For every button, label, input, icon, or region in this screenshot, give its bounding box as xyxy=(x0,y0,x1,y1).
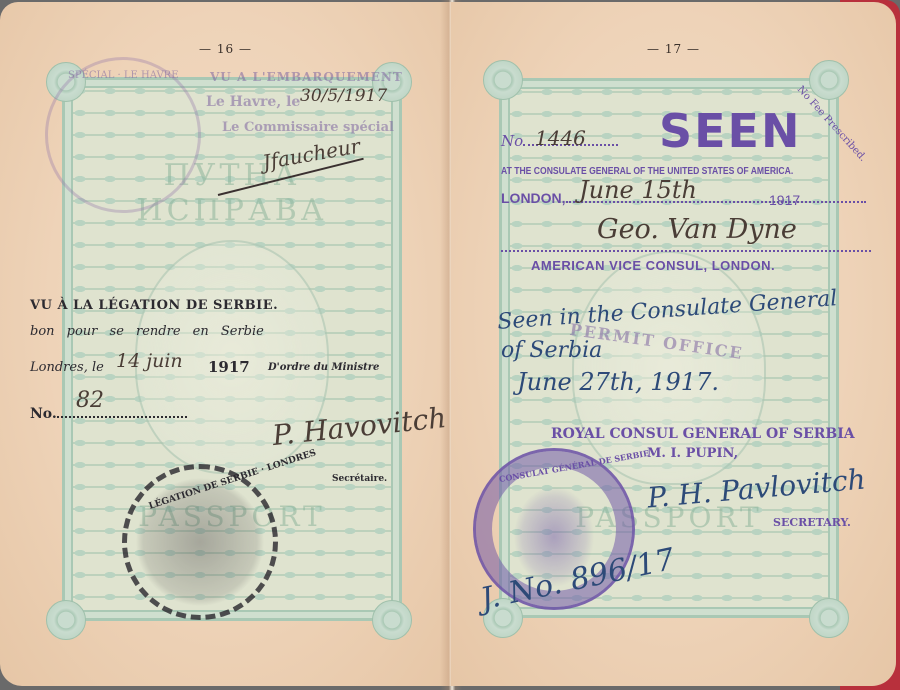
serbian-visa-date: June 27th, 1917. xyxy=(517,368,719,396)
consul-name: M. I. PUPIN, xyxy=(647,446,738,461)
legation-date: 14 juin xyxy=(116,350,183,372)
vice-consul-signature: Geo. Van Dyne xyxy=(597,214,797,245)
legation-number: 82 xyxy=(76,388,104,413)
legation-round-stamp: LÉGATION DE SERBIE · LONDRES xyxy=(122,464,278,620)
embarkation-date: 30/5/1917 xyxy=(300,86,387,106)
legation-place: Londres, le xyxy=(30,360,104,375)
legation-number-label: No. xyxy=(30,406,187,422)
vice-consul-title: AMERICAN VICE CONSUL, LONDON. xyxy=(531,258,775,273)
secretary-title: SECRETARY. xyxy=(773,516,851,529)
commissaire-title: Le Commissaire spécial xyxy=(222,120,394,135)
legation-year: 1917 xyxy=(208,358,250,376)
corner-rosette xyxy=(46,600,86,640)
signature-dotted-line xyxy=(501,250,871,252)
le-havre-round-stamp: SPÉCIAL · LE HAVRE xyxy=(45,57,201,213)
us-number: 1446 xyxy=(535,126,586,150)
royal-consul-title: ROYAL CONSUL GENERAL OF SERBIA xyxy=(551,426,855,442)
passport-spread: — 16 — ПУТНА ИСПРАВА PASSPORT SPÉCIAL · … xyxy=(0,0,900,690)
page-17: — 17 — PASSPORT No Fee Prescribed. No 14… xyxy=(451,2,896,686)
page-16: — 16 — ПУТНА ИСПРАВА PASSPORT SPÉCIAL · … xyxy=(0,2,451,686)
seen-stamp: SEEN xyxy=(659,104,801,158)
corner-rosette xyxy=(809,598,849,638)
corner-rosette xyxy=(372,600,412,640)
legation-purpose: bon pour se rendre en Serbie xyxy=(30,324,264,339)
embarkation-stamp-line1: VU A L'EMBARQUEMENT xyxy=(210,70,403,84)
serbian-visa-line2: of Serbia xyxy=(501,338,602,363)
page-number: — 16 — xyxy=(0,42,451,56)
corner-rosette xyxy=(483,60,523,100)
legation-stamp-heading: VU À LA LÉGATION DE SERBIE. xyxy=(30,298,278,313)
corner-rosette xyxy=(809,60,849,100)
order-of-minister: D'ordre du Ministre xyxy=(268,362,379,373)
us-year: 1917 xyxy=(769,192,800,208)
page-number: — 17 — xyxy=(451,42,896,56)
secretary-title: Secrétaire. xyxy=(332,474,387,484)
us-date: June 15th xyxy=(579,176,697,204)
embarkation-place: Le Havre, le xyxy=(206,94,300,110)
